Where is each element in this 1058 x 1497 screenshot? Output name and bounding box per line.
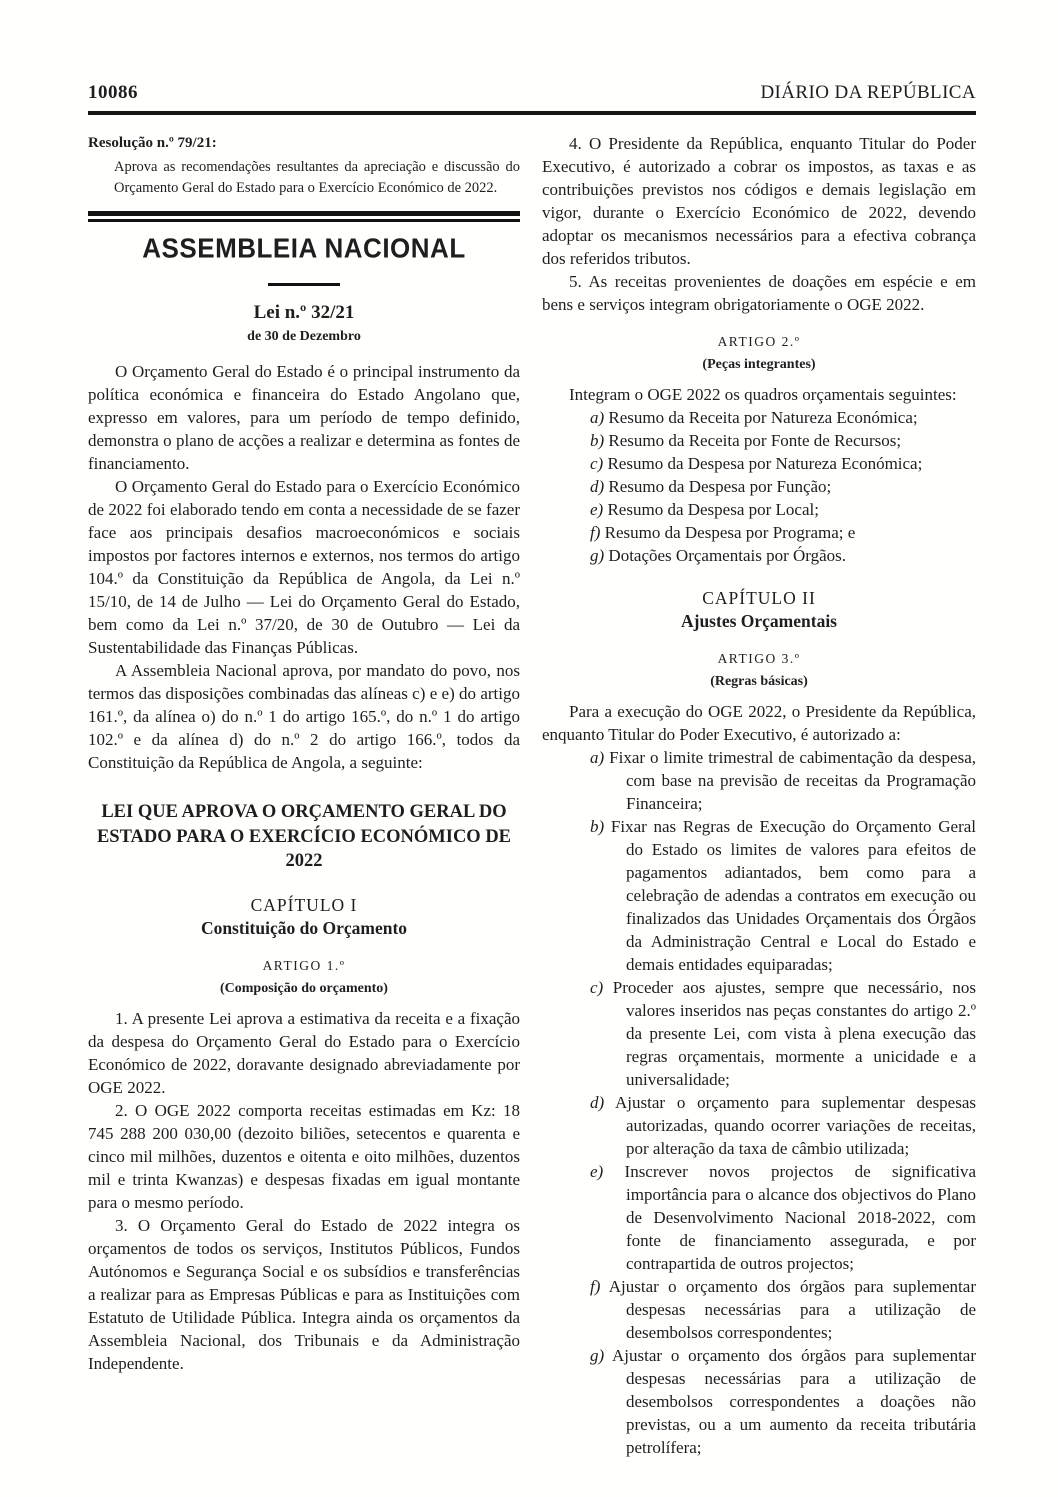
resolution-summary: Aprova as recomendações resultantes da a… [88,157,520,199]
list-marker: a) [590,408,604,427]
list-marker: e) [590,500,603,519]
list-item: a) Fixar o limite trimestral de cabiment… [542,746,976,815]
list-item-text: Resumo da Receita por Natureza Económica… [608,408,917,427]
list-item-text: Proceder aos ajustes, sempre que necessá… [613,978,976,1089]
list-item-text: Inscrever novos projectos de significati… [625,1162,976,1273]
law-number: Lei n.º 32/21 [88,301,520,324]
list-item-text: Fixar nas Regras de Execução do Orçament… [611,817,976,974]
paragraph: 5. As receitas provenientes de doações e… [542,270,976,316]
list-item: e) Inscrever novos projectos de signific… [542,1160,976,1275]
left-column: Resolução n.º 79/21:Aprova as recomendaç… [88,126,520,1375]
article-heading: ARTIGO 2.º(Peças integrantes) [542,330,976,376]
chapter-heading: CAPÍTULO IConstituição do Orçamento [88,894,520,940]
paragraph: 3. O Orçamento Geral do Estado de 2022 i… [88,1214,520,1375]
paragraph: O Orçamento Geral do Estado para o Exerc… [88,475,520,659]
gazette-title: DIÁRIO DA REPÚBLICA [760,82,976,104]
chapter-title: Constituição do Orçamento [88,917,520,940]
list-marker: f) [590,523,600,542]
list-item: d) Ajustar o orçamento para suplementar … [542,1091,976,1160]
list-item-text: Ajustar o orçamento dos órgãos para supl… [609,1277,976,1342]
resolution-title: Resolução n.º 79/21: [88,132,520,155]
article-number: ARTIGO 1.º [88,954,520,977]
list-marker: c) [590,454,603,473]
list-item: b) Fixar nas Regras de Execução do Orçam… [542,815,976,976]
article-number: ARTIGO 3.º [542,647,976,670]
list-marker: b) [590,817,604,836]
list-marker: d) [590,477,604,496]
chapter-number: CAPÍTULO I [88,894,520,917]
list-item: b) Resumo da Receita por Fonte de Recurs… [542,429,976,452]
list-marker: g) [590,1346,604,1365]
page-header: 10086 DIÁRIO DA REPÚBLICA [88,82,976,104]
list-marker: b) [590,431,604,450]
org-heading: ASSEMBLEIA NACIONAL [88,236,520,260]
list-item-text: Resumo da Despesa por Função; [608,477,831,496]
list-item: g) Dotações Orçamentais por Órgãos. [542,544,976,567]
list-item-text: Ajustar o orçamento dos órgãos para supl… [612,1346,976,1457]
list-marker: f) [590,1277,600,1296]
gazette-page: 10086 DIÁRIO DA REPÚBLICA Resolução n.º … [0,0,1058,1497]
list-item: f) Resumo da Despesa por Programa; e [542,521,976,544]
list-item: d) Resumo da Despesa por Função; [542,475,976,498]
law-title: LEI QUE APROVA O ORÇAMENTO GERAL DO ESTA… [88,800,520,874]
article-heading: ARTIGO 3.º(Regras básicas) [542,647,976,693]
list-item: c) Resumo da Despesa por Natureza Económ… [542,452,976,475]
divider-rule [268,283,340,286]
list-marker: e) [590,1162,603,1181]
list-marker: c) [590,978,603,997]
page-number: 10086 [88,82,138,104]
paragraph: 2. O OGE 2022 comporta receitas estimada… [88,1099,520,1214]
list-item: f) Ajustar o orçamento dos órgãos para s… [542,1275,976,1344]
list-item-text: Resumo da Despesa por Local; [607,500,819,519]
list-item-text: Ajustar o orçamento para suplementar des… [615,1093,976,1158]
list-item-text: Resumo da Receita por Fonte de Recursos; [608,431,901,450]
paragraph: Integram o OGE 2022 os quadros orçamenta… [542,383,976,406]
list-marker: g) [590,546,604,565]
chapter-heading: CAPÍTULO IIAjustes Orçamentais [542,587,976,633]
paragraph: A Assembleia Nacional aprova, por mandat… [88,659,520,774]
list-item-text: Fixar o limite trimestral de cabimentaçã… [609,748,976,813]
list-item: a) Resumo da Receita por Natureza Económ… [542,406,976,429]
chapter-title: Ajustes Orçamentais [542,610,976,633]
article-heading: ARTIGO 1.º(Composição do orçamento) [88,954,520,1000]
chapter-number: CAPÍTULO II [542,587,976,610]
paragraph: Para a execução do OGE 2022, o President… [542,700,976,746]
list-marker: d) [590,1093,604,1112]
paragraph: O Orçamento Geral do Estado é o principa… [88,360,520,475]
list-item-text: Resumo da Despesa por Natureza Económica… [607,454,922,473]
list-item: g) Ajustar o orçamento dos órgãos para s… [542,1344,976,1459]
article-title: (Peças integrantes) [542,353,976,376]
paragraph: 1. A presente Lei aprova a estimativa da… [88,1007,520,1099]
section-divider [88,211,520,222]
list-item: c) Proceder aos ajustes, sempre que nece… [542,976,976,1091]
header-rule [88,111,976,115]
right-column: 4. O Presidente da República, enquanto T… [542,132,976,1459]
list-item-text: Resumo da Despesa por Programa; e [605,523,856,542]
list-item-text: Dotações Orçamentais por Órgãos. [608,546,846,565]
article-title: (Regras básicas) [542,670,976,693]
law-date: de 30 de Dezembro [88,325,520,348]
article-number: ARTIGO 2.º [542,330,976,353]
list-marker: a) [590,748,604,767]
list-item: e) Resumo da Despesa por Local; [542,498,976,521]
article-title: (Composição do orçamento) [88,977,520,1000]
paragraph: 4. O Presidente da República, enquanto T… [542,132,976,270]
